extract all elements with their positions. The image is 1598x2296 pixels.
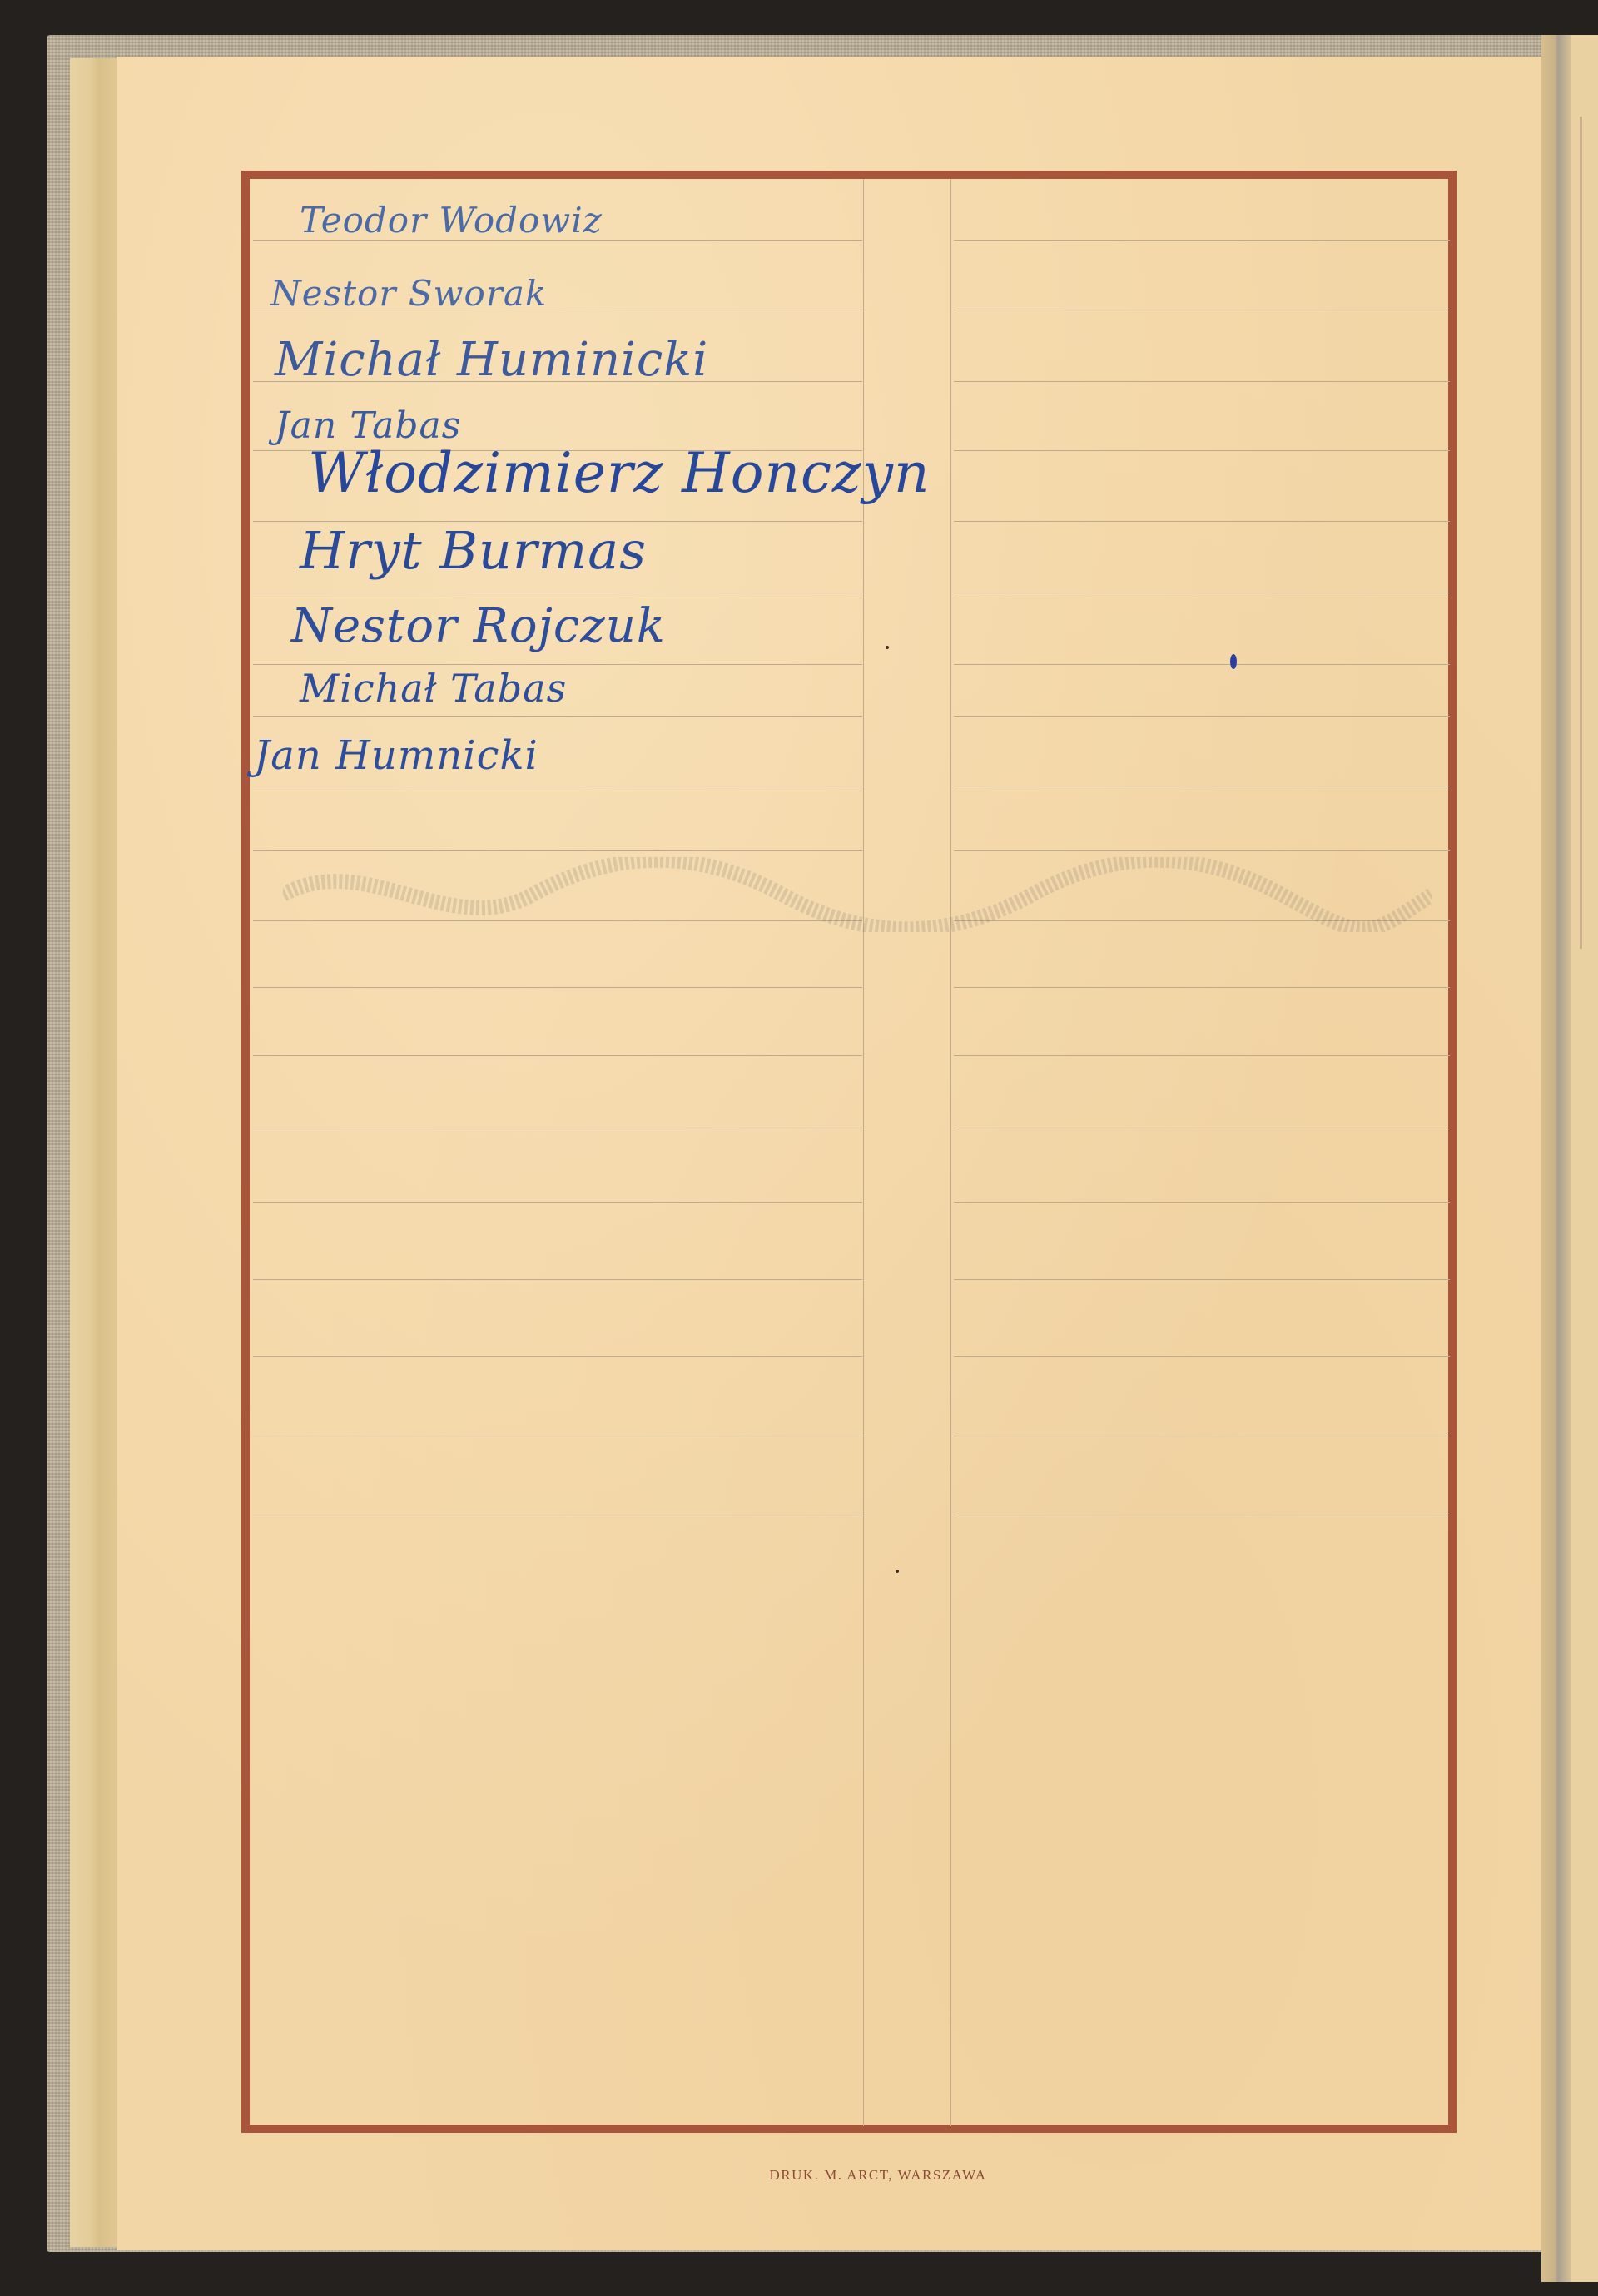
ruled-line [253, 987, 862, 988]
ruled-line [954, 1055, 1450, 1056]
ruled-line [954, 786, 1450, 786]
ruled-line [253, 786, 862, 786]
ruled-line [954, 1436, 1450, 1436]
ruled-line [954, 716, 1450, 717]
ruled-line [954, 381, 1450, 382]
handwritten-name: Michał Tabas [300, 666, 567, 711]
ruled-line [253, 1202, 862, 1203]
handwritten-name: Teodor Wodowiz [300, 200, 603, 241]
column-divider [950, 179, 951, 2126]
ruled-line [954, 987, 1450, 988]
ruled-line [253, 1279, 862, 1280]
handwritten-name: Włodzimierz Honczyn [308, 441, 930, 505]
ruled-line [954, 1128, 1450, 1128]
page-block-edge [70, 58, 120, 2247]
paper-speck [886, 646, 889, 649]
facing-page-ornament [1580, 117, 1598, 949]
ruled-line [954, 310, 1450, 310]
ruled-line [253, 716, 862, 717]
ruled-line [253, 1055, 862, 1056]
ruled-line [253, 593, 862, 593]
handwritten-name: Nestor Swora​k [270, 273, 547, 314]
ruled-line [954, 1202, 1450, 1203]
handwritten-name: Hryt Burmas [300, 520, 647, 581]
faded-ornament-watermark [283, 857, 1432, 932]
ruled-line [954, 1356, 1450, 1357]
ruled-line [253, 1436, 862, 1436]
ruled-line [954, 521, 1450, 522]
ink-blot [1230, 654, 1237, 669]
ruled-line [954, 1515, 1450, 1515]
ruled-line [253, 850, 862, 851]
ruled-line [253, 1515, 862, 1515]
ruled-line [253, 664, 862, 665]
paper-speck [896, 1570, 899, 1573]
ruled-line [954, 593, 1450, 593]
ruled-line [253, 1128, 862, 1128]
ruled-line [954, 1279, 1450, 1280]
ruled-line [954, 240, 1450, 241]
printer-imprint: DRUK. M. ARCT, WARSZAWA [0, 2167, 1598, 2184]
ruled-line [954, 850, 1450, 851]
ruled-line [954, 450, 1450, 451]
ruled-line [253, 1356, 862, 1357]
book-gutter [1541, 35, 1571, 2282]
handwritten-name: Nestor Rojczuk [291, 599, 666, 653]
handwritten-name: Jan Humnicki [254, 732, 538, 779]
ruled-line [954, 664, 1450, 665]
handwritten-name: Michał Huminicki [275, 333, 708, 387]
